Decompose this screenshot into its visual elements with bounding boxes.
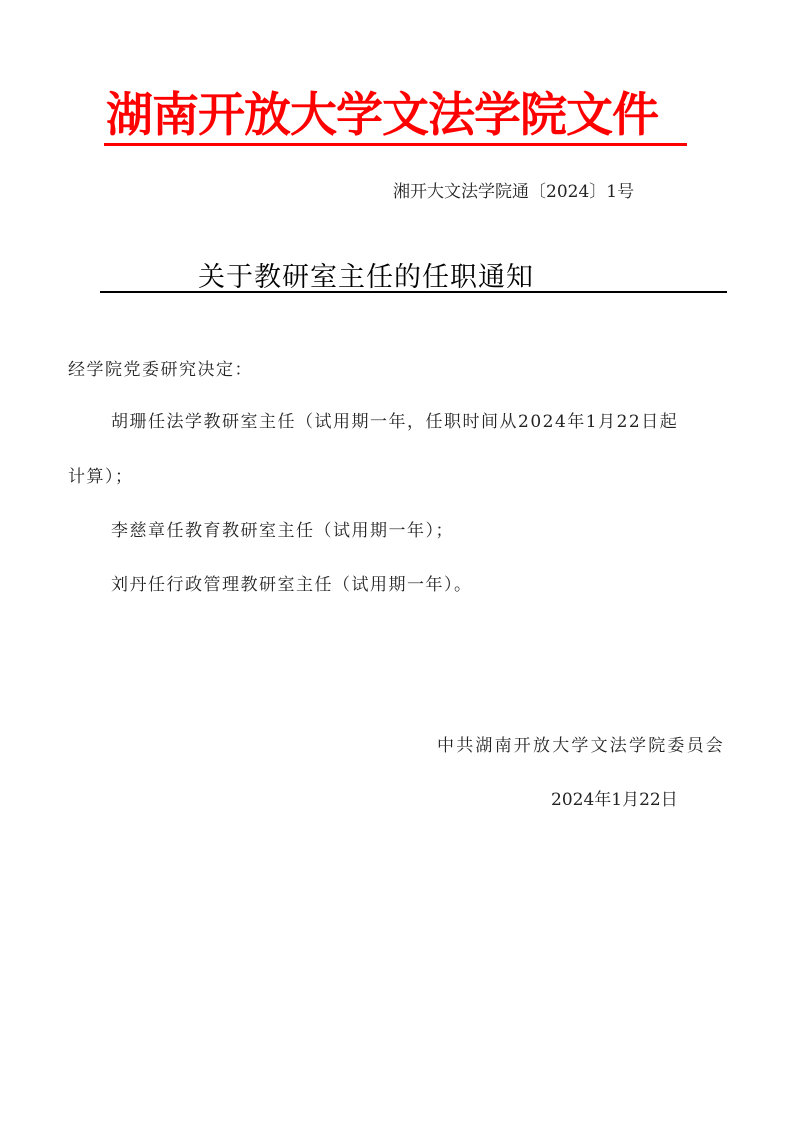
header-red-rule: [104, 143, 687, 146]
document-number: 湘开大文法学院通〔2024〕1号: [393, 180, 634, 204]
title-underline-rule: [100, 291, 727, 293]
intro-paragraph: 经学院党委研究决定：: [68, 358, 253, 382]
appointment-3: 刘丹任行政管理教研室主任（试用期一年）。: [111, 573, 473, 597]
signature-organization: 中共湖南开放大学文法学院委员会: [437, 734, 725, 758]
appointment-2: 李慈章任教育教研室主任（试用期一年）；: [111, 519, 454, 543]
appointment-1-line-1: 胡珊任法学教研室主任（试用期一年，任职时间从2024年1月22日起: [111, 410, 678, 434]
appointment-1-line-2: 计算）；: [68, 465, 134, 489]
signature-date: 2024年1月22日: [551, 788, 678, 812]
document-header-title: 湖南开放大学文法学院文件: [106, 86, 686, 146]
